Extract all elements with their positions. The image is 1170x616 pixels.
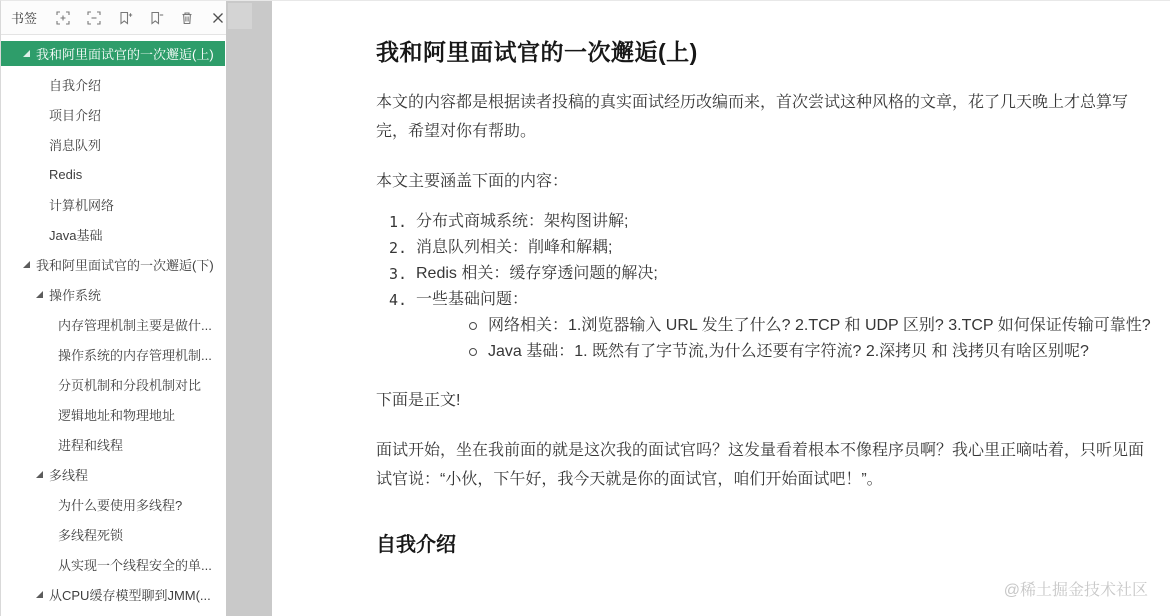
bookmark-item[interactable]: 多线程死锁 [1,519,226,549]
expanded-triangle-icon[interactable] [23,50,30,57]
topic-number: 2. [389,235,416,261]
expanded-triangle-icon[interactable] [23,261,30,268]
topic-text: 一些基础问题： [416,291,528,308]
expand-all-icon [56,11,70,25]
topic-item: 4.一些基础问题：网络相关：1.浏览器输入 URL 发生了什么? 2.TCP 和… [389,287,1152,365]
body-start-paragraph: 下面是正文! [376,386,1152,415]
bookmark-label: 进程和线程 [58,435,123,454]
expanded-triangle-icon[interactable] [36,291,43,298]
scrollbar-thumb[interactable] [228,3,252,29]
topic-number: 1. [389,209,416,235]
interview-paragraph: 面试开始，坐在我前面的就是这次我的面试官吗？这发量看着根本不像程序员啊？我心里正… [376,436,1152,494]
bookmark-label: 操作系统 [49,285,101,304]
bookmark-item[interactable]: 多线程 [1,459,226,489]
bookmark-label: 从实现一个线程安全的单... [58,555,212,574]
bookmark-label: 计算机网络 [49,195,114,214]
bookmark-item[interactable]: 自我介绍 [1,69,226,99]
bookmarks-toolbar-icons [55,10,226,26]
bookmark-label: 我和阿里面试官的一次邂逅(上) [36,44,214,63]
section-heading: 自我介绍 [376,528,1152,557]
topics-list: 1.分布式商城系统：架构图讲解;2.消息队列相关：削峰和解耦;3.Redis 相… [376,209,1152,365]
bookmark-add-icon [118,11,133,25]
bookmark-remove-icon [149,11,164,25]
bookmark-item[interactable]: 我和阿里面试官的一次邂逅(下) [1,249,226,279]
topic-text: Redis 相关：缓存穿透问题的解决; [416,265,658,282]
delete-bookmark-button[interactable] [179,10,195,26]
bookmark-item[interactable]: 内存管理机制主要是做什... [1,309,226,339]
subtopics-list: 网络相关：1.浏览器输入 URL 发生了什么? 2.TCP 和 UDP 区别? … [416,313,1151,365]
bookmark-label: 逻辑地址和物理地址 [58,405,175,424]
subtopic-item: Java 基础：1. 既然有了字节流,为什么还要有字符流? 2.深拷贝 和 浅拷… [488,339,1151,365]
bookmark-label: 内存管理机制主要是做什... [58,315,212,334]
bookmark-item[interactable]: 操作系统 [1,279,226,309]
bookmark-item[interactable]: 消息队列 [1,129,226,159]
expand-all-button[interactable] [55,10,71,26]
topic-text: 消息队列相关：削峰和解耦; [416,239,612,256]
subtopic-item: 网络相关：1.浏览器输入 URL 发生了什么? 2.TCP 和 UDP 区别? … [488,313,1151,339]
bookmark-item[interactable]: 我和阿里面试官的一次邂逅(上) [1,41,225,66]
bookmark-label: 从CPU缓存模型聊到JMM(... [49,585,211,604]
bookmark-item[interactable]: 项目介绍 [1,99,226,129]
bookmark-tree: 我和阿里面试官的一次邂逅(上)自我介绍项目介绍消息队列Redis计算机网络Jav… [1,35,226,609]
panel-scrollbar[interactable] [226,1,272,616]
bookmark-item[interactable]: 从CPU缓存模型聊到JMM(... [1,579,226,609]
bookmarks-toolbar: 书签 [1,1,226,35]
topic-number: 4. [389,287,416,365]
bookmark-item[interactable]: 逻辑地址和物理地址 [1,399,226,429]
bookmark-item[interactable]: 为什么要使用多线程? [1,489,226,519]
bookmark-item[interactable]: 操作系统的内存管理机制... [1,339,226,369]
bookmark-label: 自我介绍 [49,75,101,94]
topic-number: 3. [389,261,416,287]
bookmark-label: Java基础 [49,225,102,244]
document-view[interactable]: 我和阿里面试官的一次邂逅(上) 本文的内容都是根据读者投稿的真实面试经历改编而来… [272,1,1170,616]
collapse-all-icon [87,11,101,25]
add-bookmark-button[interactable] [117,10,133,26]
topic-item: 1.分布式商城系统：架构图讲解; [389,209,1152,235]
bookmark-label: 多线程 [49,465,88,484]
bookmark-label: 项目介绍 [49,105,101,124]
topic-item: 2.消息队列相关：削峰和解耦; [389,235,1152,261]
remove-bookmark-button[interactable] [148,10,164,26]
bookmark-label: 我和阿里面试官的一次邂逅(下) [36,255,214,274]
trash-icon [180,11,194,25]
expanded-triangle-icon[interactable] [36,471,43,478]
intro-paragraph: 本文的内容都是根据读者投稿的真实面试经历改编而来，首次尝试这种风格的文章，花了几… [376,88,1152,146]
bookmark-item[interactable]: 从实现一个线程安全的单... [1,549,226,579]
bookmark-item[interactable]: Java基础 [1,219,226,249]
contents-lead-paragraph: 本文主要涵盖下面的内容： [376,167,1152,196]
bookmark-label: 操作系统的内存管理机制... [58,345,212,364]
bookmark-label: 为什么要使用多线程? [58,495,182,514]
bookmark-label: 分页机制和分段机制对比 [58,375,201,394]
expanded-triangle-icon[interactable] [36,591,43,598]
reader-window: 书签 [0,0,1170,616]
bookmark-item[interactable]: 分页机制和分段机制对比 [1,369,226,399]
close-panel-button[interactable] [210,10,226,26]
bookmarks-panel: 书签 [1,1,226,616]
bookmarks-panel-title: 书签 [11,8,39,27]
bookmark-label: 消息队列 [49,135,101,154]
close-icon [211,11,225,25]
bookmark-item[interactable]: Redis [1,159,226,189]
bookmark-label: Redis [49,167,82,182]
collapse-all-button[interactable] [86,10,102,26]
document-page: 我和阿里面试官的一次邂逅(上) 本文的内容都是根据读者投稿的真实面试经历改编而来… [376,34,1152,557]
bookmark-item[interactable]: 进程和线程 [1,429,226,459]
topic-text: 分布式商城系统：架构图讲解; [416,213,628,230]
topic-item: 3.Redis 相关：缓存穿透问题的解决; [389,261,1152,287]
article-title: 我和阿里面试官的一次邂逅(上) [376,34,1152,67]
bookmark-label: 多线程死锁 [58,525,123,544]
watermark: @稀土掘金技术社区 [1004,577,1148,600]
bookmark-item[interactable]: 计算机网络 [1,189,226,219]
